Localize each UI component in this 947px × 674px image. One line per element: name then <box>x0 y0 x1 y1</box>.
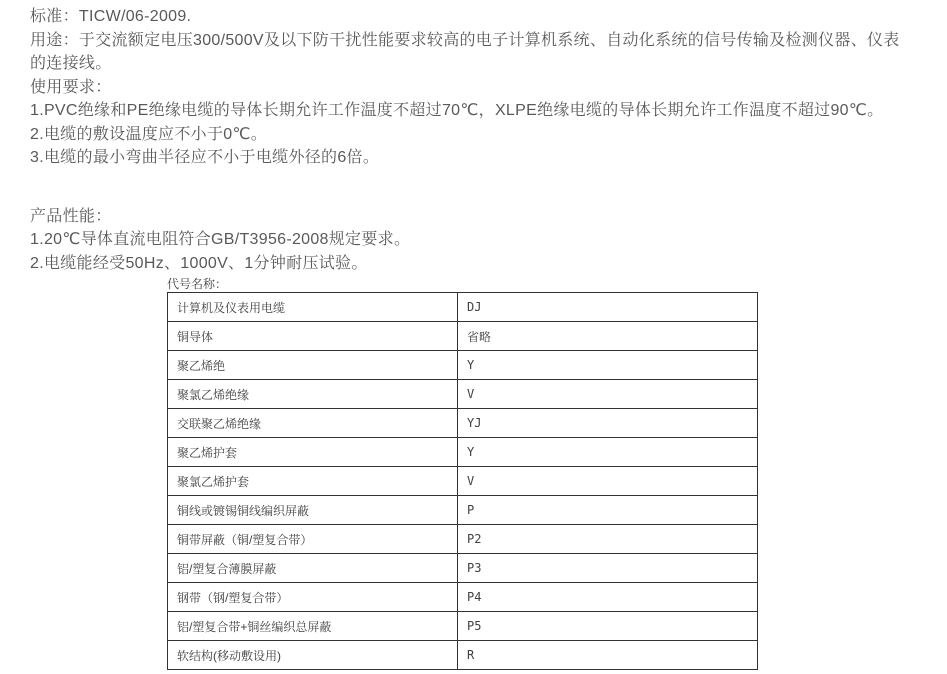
code-name: 铝/塑复合薄膜屏蔽 <box>168 554 458 583</box>
code-value: R <box>458 641 758 670</box>
requirement-1: 1.PVC绝缘和PE绝缘电缆的导体长期允许工作温度不超过70℃，XLPE绝缘电缆… <box>30 99 927 123</box>
code-value: Y <box>458 351 758 380</box>
table-row: 铜导体 省略 <box>168 322 758 351</box>
code-name: 聚乙烯绝 <box>168 351 458 380</box>
table-row: 软结构(移动敷设用) R <box>168 641 758 670</box>
code-name: 钢带（钢/塑复合带） <box>168 583 458 612</box>
table-row: 铝/塑复合薄膜屏蔽 P3 <box>168 554 758 583</box>
code-value: V <box>458 380 758 409</box>
code-name-table-block: 代号名称： 计算机及仪表用电缆 DJ 铜导体 省略 聚乙烯绝 Y 聚氯乙烯绝缘 … <box>167 277 927 670</box>
document-page: 标准：TICW/06-2009. 用途：于交流额定电压300/500V及以下防干… <box>0 0 947 674</box>
performance-heading: 产品性能： <box>30 205 927 229</box>
table-row: 聚乙烯护套 Y <box>168 438 758 467</box>
table-row: 计算机及仪表用电缆 DJ <box>168 293 758 322</box>
code-value: Y <box>458 438 758 467</box>
code-name: 计算机及仪表用电缆 <box>168 293 458 322</box>
table-row: 铝/塑复合带+铜丝编织总屏蔽 P5 <box>168 612 758 641</box>
requirements-heading: 使用要求： <box>30 76 927 100</box>
code-value: V <box>458 467 758 496</box>
table-row: 聚氯乙烯护套 V <box>168 467 758 496</box>
code-name: 软结构(移动敷设用) <box>168 641 458 670</box>
performance-1: 1.20℃导体直流电阻符合GB/T3956-2008规定要求。 <box>30 228 927 252</box>
code-name: 铜导体 <box>168 322 458 351</box>
table-row: 聚氯乙烯绝缘 V <box>168 380 758 409</box>
table-row: 钢带（钢/塑复合带） P4 <box>168 583 758 612</box>
table-row: 铜带屏蔽（铜/塑复合带） P2 <box>168 525 758 554</box>
table-row: 铜线或镀锡铜线编织屏蔽 P <box>168 496 758 525</box>
code-name: 聚氯乙烯绝缘 <box>168 380 458 409</box>
code-value: P5 <box>458 612 758 641</box>
code-value: YJ <box>458 409 758 438</box>
code-value: DJ <box>458 293 758 322</box>
code-name: 铜带屏蔽（铜/塑复合带） <box>168 525 458 554</box>
code-name: 铝/塑复合带+铜丝编织总屏蔽 <box>168 612 458 641</box>
code-value: P4 <box>458 583 758 612</box>
table-row: 交联聚乙烯绝缘 YJ <box>168 409 758 438</box>
code-table-caption: 代号名称： <box>167 277 927 291</box>
code-name: 交联聚乙烯绝缘 <box>168 409 458 438</box>
code-name: 聚乙烯护套 <box>168 438 458 467</box>
performance-2: 2.电缆能经受50Hz、1000V、1分钟耐压试验。 <box>30 252 927 276</box>
requirement-2: 2.电缆的敷设温度应不小于0℃。 <box>30 123 927 147</box>
table-row: 聚乙烯绝 Y <box>168 351 758 380</box>
code-name: 聚氯乙烯护套 <box>168 467 458 496</box>
code-value: 省略 <box>458 322 758 351</box>
code-value: P3 <box>458 554 758 583</box>
usage-line-wrap: 的连接线。 <box>30 52 927 76</box>
requirement-3: 3.电缆的最小弯曲半径应不小于电缆外径的6倍。 <box>30 146 927 170</box>
code-name-table: 计算机及仪表用电缆 DJ 铜导体 省略 聚乙烯绝 Y 聚氯乙烯绝缘 V 交联聚乙… <box>167 292 758 670</box>
code-value: P <box>458 496 758 525</box>
code-value: P2 <box>458 525 758 554</box>
code-name: 铜线或镀锡铜线编织屏蔽 <box>168 496 458 525</box>
standard-line: 标准：TICW/06-2009. <box>30 5 927 29</box>
usage-line: 用途：于交流额定电压300/500V及以下防干扰性能要求较高的电子计算机系统、自… <box>30 29 927 53</box>
